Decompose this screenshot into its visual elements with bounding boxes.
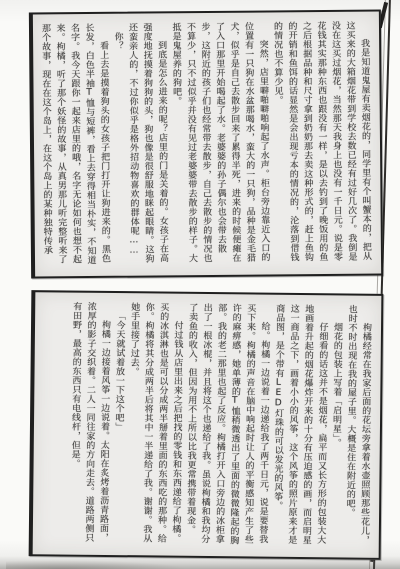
- text-panel-bottom: 枸橘经常在我家后面的花坛旁拿着水壶照顾那些花儿，也时不时出现在我的屋子里。大概是…: [29, 290, 384, 560]
- scan-smudge: [6, 560, 186, 569]
- paragraph: 「今天就试着放一下这个吧」: [110, 302, 127, 547]
- paragraph: 仔细看的话这并不是烟花，扁平而又长方形的包装大大地画着升起的烟花爆炸开来的十分有…: [269, 304, 330, 550]
- paragraph: 枸橘一边接着风筝一边说着。太阳在炙烤着沥青路面，浓厚的影子交织着。二人一同往家的…: [66, 302, 112, 547]
- scanned-page: 我是知道鬼屋有卖烟花的，同学里有个叫蟹本的，把从这买来的大箱烟花带到学校去数已经…: [0, 0, 400, 569]
- vertical-text-top: 我是知道鬼屋有卖烟花的，同学里有个叫蟹本的，把从这买来的大箱烟花带到学校去数已经…: [41, 21, 373, 269]
- vertical-text-bottom: 枸橘经常在我家后面的花坛旁拿着水壶照顾那些花儿，也时不时出现在我的屋子里。大概是…: [41, 301, 374, 549]
- paragraph: 付过钱从店里出来之后把找的零钱和东西递给了枸橘。买的冰淇淋也是可以分成两半掰着里…: [124, 302, 185, 548]
- paragraph: 突然，店里噼啪噼啪响起了水声。柜台旁边靠近入口的位置有一只狗在水盆那喝水，蛮大的…: [168, 21, 272, 267]
- paragraph: 给。枸橘一边说着一边递给我了两千日元，说是要替我买下来。枸橘的声音在脑中响起时让…: [182, 303, 272, 549]
- paragraph: 我是知道鬼屋有卖烟花的，同学里有个叫蟹本的，把从这买来的大箱烟花带到学校去数已经…: [269, 21, 373, 267]
- paragraph: 你？: [110, 23, 127, 268]
- paragraph: 到底是怎么进来的呢？店里的门是关着的。女孩子在高强度地抚摸着狗狗的头，狗也像是很…: [124, 22, 170, 267]
- text-panel-top: 我是知道鬼屋有卖烟花的，同学里有个叫蟹本的，把从这买来的大箱烟花带到学校去数已经…: [29, 9, 383, 278]
- paragraph: 看上去是摸着狗头的女孩子把门打开让狗进来的。黑色长发，白色半袖T恤与短裤，看上去…: [41, 23, 112, 269]
- paragraph: 枸橘经常在我家后面的花坛旁拿着水壶照顾那些花儿，也时不时出现在我的屋子里。大概是…: [342, 304, 374, 549]
